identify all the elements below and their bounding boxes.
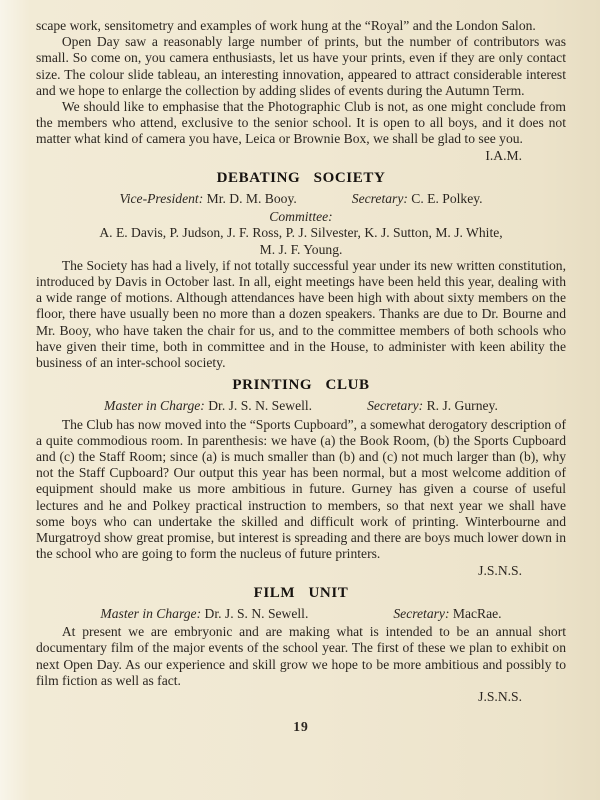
section-title: DEBATING SOCIETY [36, 170, 566, 186]
officer-label: Secretary: [352, 191, 408, 206]
author-initials: I.A.M. [36, 148, 566, 164]
officer-name: Mr. D. M. Booy. [207, 191, 297, 206]
committee-label: Committee: [36, 209, 566, 225]
section-title: FILM UNIT [36, 585, 566, 601]
officer-label: Master in Charge: [100, 606, 201, 621]
article-debating-society: DEBATING SOCIETY Vice-President: Mr. D. … [36, 170, 566, 371]
paragraph: scape work, sensitometry and examples of… [36, 18, 566, 34]
article-photographic-club-continuation: scape work, sensitometry and examples of… [36, 18, 566, 164]
author-initials: J.S.N.S. [36, 689, 566, 705]
officer-label: Vice-President: [119, 191, 203, 206]
article-film-unit: FILM UNIT Master in Charge: Dr. J. S. N.… [36, 585, 566, 705]
committee-members-line: A. E. Davis, P. Judson, J. F. Ross, P. J… [36, 225, 566, 241]
officer-name: MacRae. [453, 606, 502, 621]
officer-secretary: Secretary: R. J. Gurney. [367, 398, 498, 414]
paragraph: The Society has had a lively, if not tot… [36, 258, 566, 371]
officer-name: Dr. J. S. N. Sewell. [205, 606, 309, 621]
author-initials: J.S.N.S. [36, 563, 566, 579]
page-number: 19 [36, 719, 566, 735]
committee-members-line: M. J. F. Young. [36, 242, 566, 258]
officer-master-in-charge: Master in Charge: Dr. J. S. N. Sewell. [100, 606, 308, 622]
officers-row: Vice-President: Mr. D. M. Booy. Secretar… [36, 191, 566, 207]
officer-vice-president: Vice-President: Mr. D. M. Booy. [119, 191, 296, 207]
officer-secretary: Secretary: MacRae. [393, 606, 501, 622]
magazine-page: scape work, sensitometry and examples of… [0, 0, 600, 800]
article-printing-club: PRINTING CLUB Master in Charge: Dr. J. S… [36, 377, 566, 578]
officers-row: Master in Charge: Dr. J. S. N. Sewell. S… [36, 606, 566, 622]
officer-master-in-charge: Master in Charge: Dr. J. S. N. Sewell. [104, 398, 312, 414]
officers-row: Master in Charge: Dr. J. S. N. Sewell. S… [36, 398, 566, 414]
officer-label: Master in Charge: [104, 398, 205, 413]
officer-label: Secretary: [393, 606, 449, 621]
officer-name: C. E. Polkey. [411, 191, 482, 206]
paragraph: We should like to emphasise that the Pho… [36, 99, 566, 148]
paragraph: Open Day saw a reasonably large number o… [36, 34, 566, 99]
section-title: PRINTING CLUB [36, 377, 566, 393]
paragraph: The Club has now moved into the “Sports … [36, 417, 566, 563]
officer-label: Secretary: [367, 398, 423, 413]
officer-name: Dr. J. S. N. Sewell. [208, 398, 312, 413]
paragraph: At present we are embryonic and are maki… [36, 624, 566, 689]
officer-name: R. J. Gurney. [427, 398, 498, 413]
officer-secretary: Secretary: C. E. Polkey. [352, 191, 483, 207]
